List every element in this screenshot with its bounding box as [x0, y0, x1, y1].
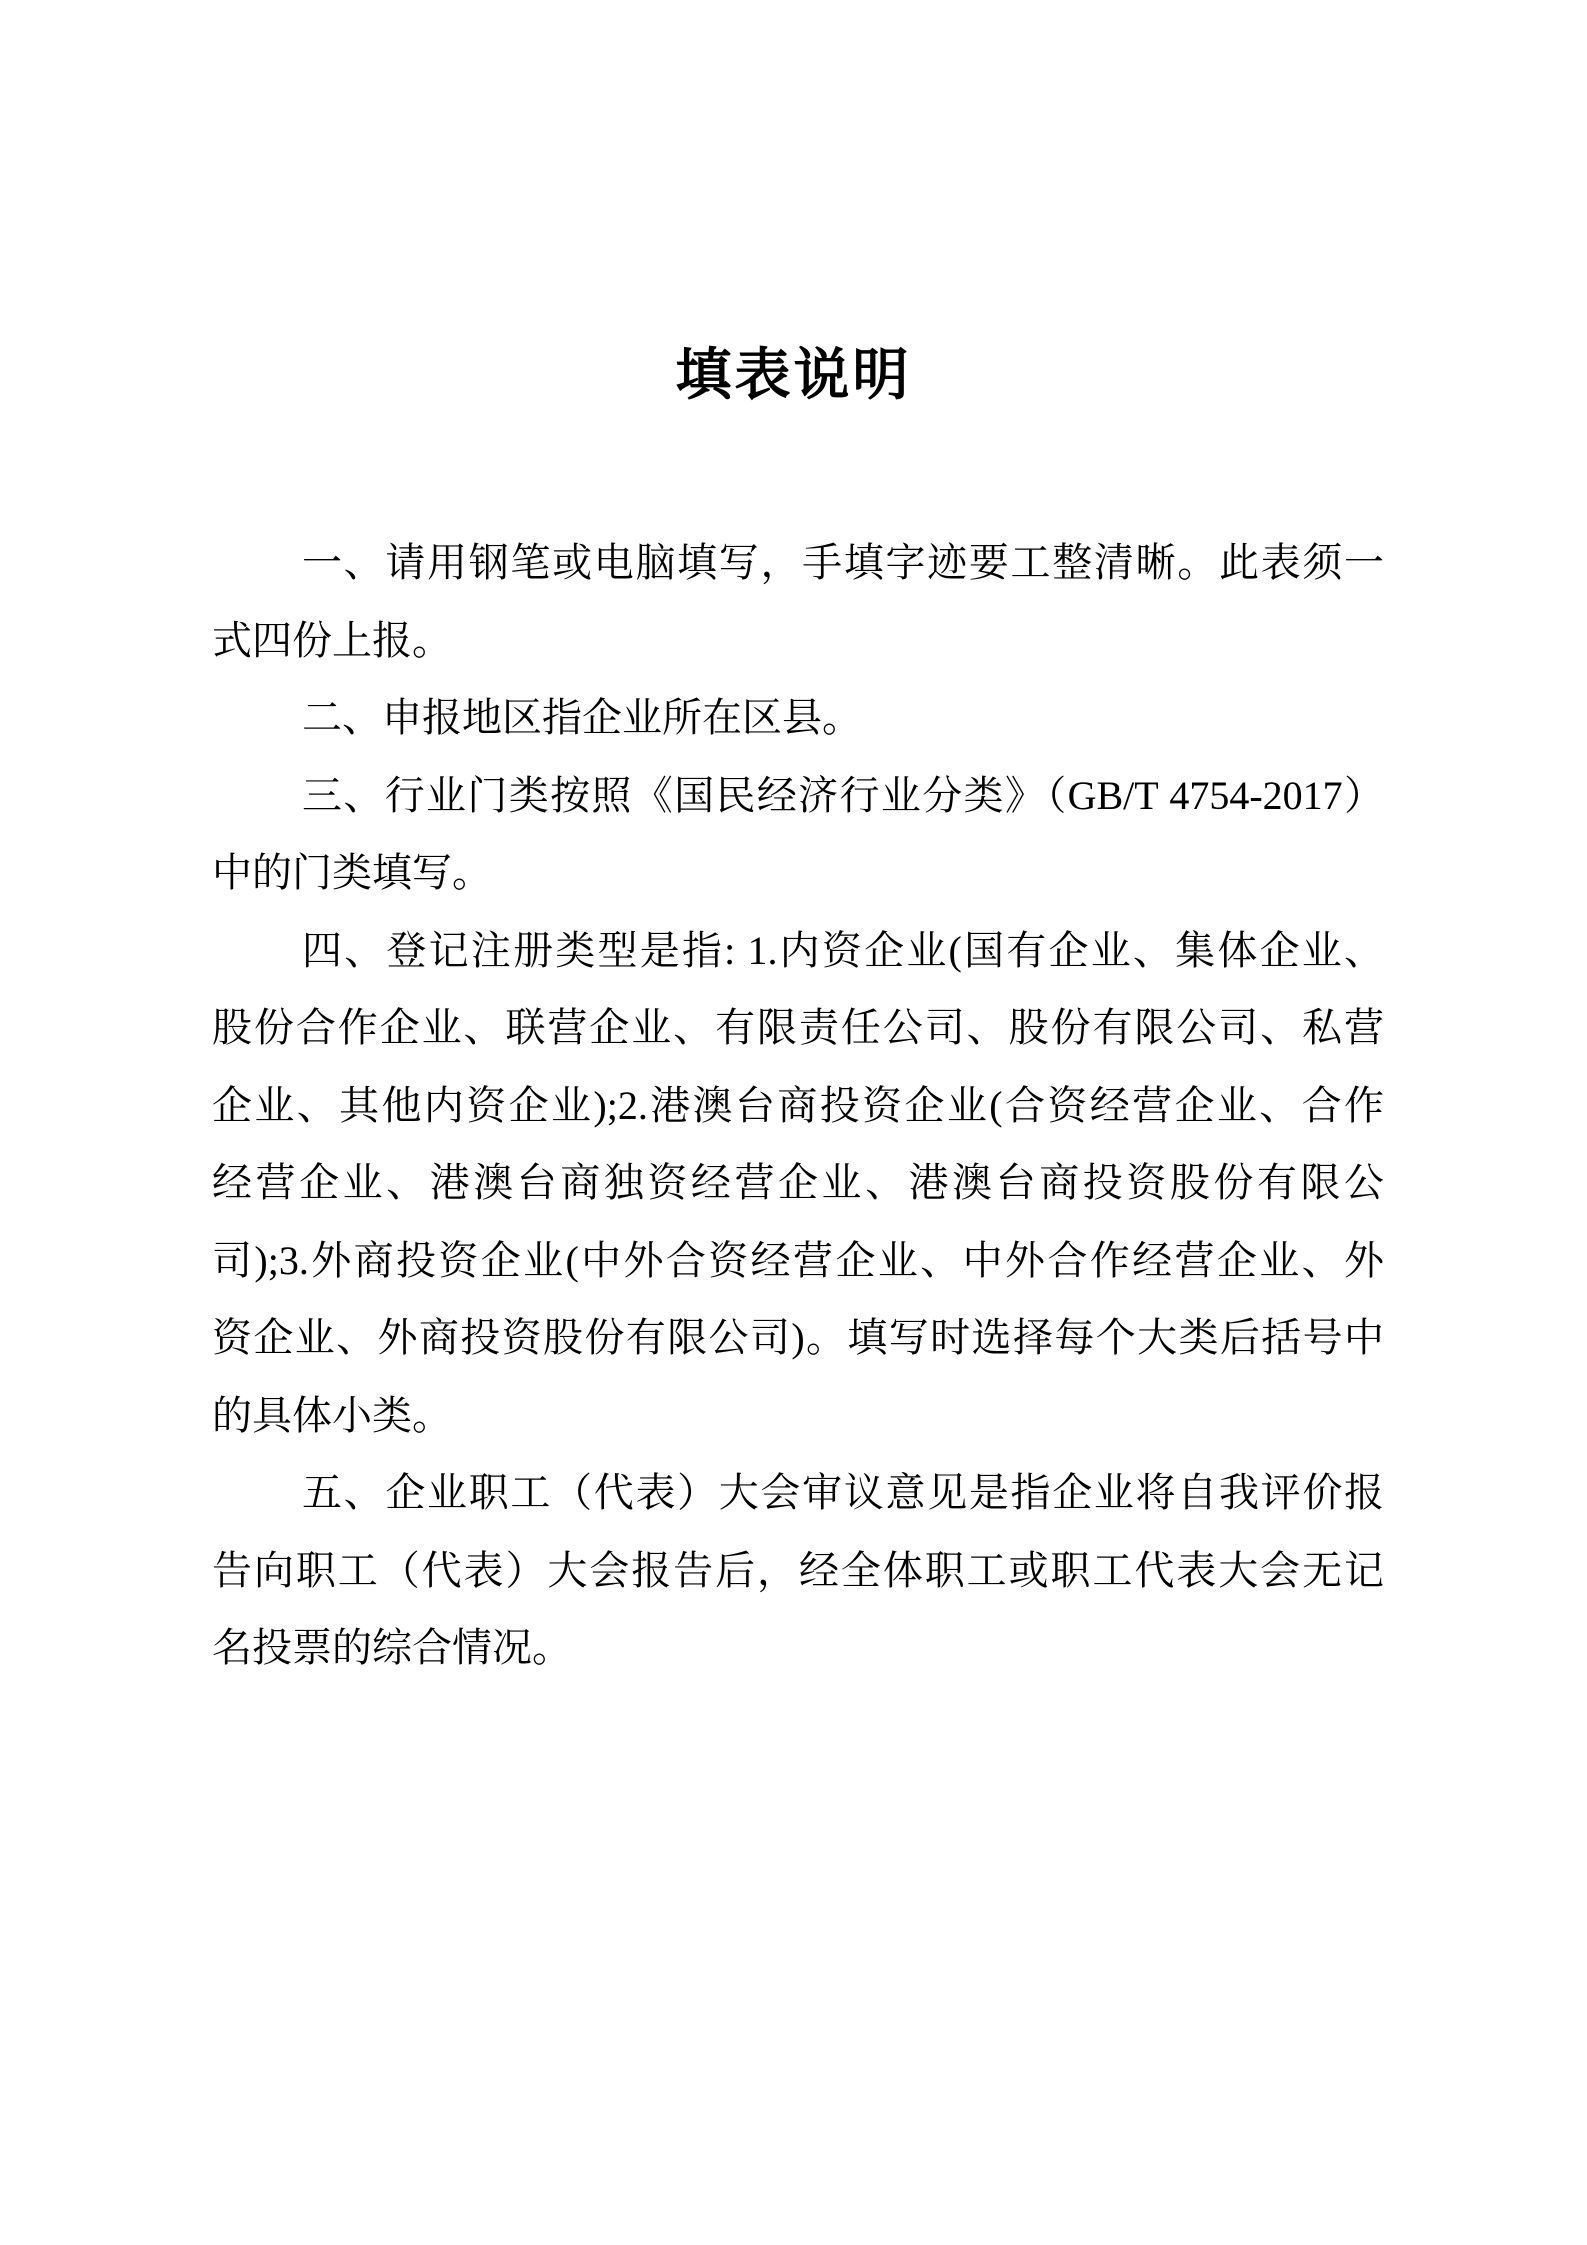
text-line: 经营企业、港澳台商独资经营企业、港澳台商投资股份有限公 [212, 1144, 1384, 1222]
text-line: 三、行业门类按照《国民经济行业分类》（GB/T 4754-2017） [212, 757, 1384, 835]
text-line: 股份合作企业、联营企业、有限责任公司、股份有限公司、私营 [212, 989, 1384, 1067]
text-line: 名投票的综合情况。 [212, 1609, 1384, 1687]
page-title: 填表说明 [0, 340, 1587, 412]
text-line: 二、申报地区指企业所在区县。 [212, 679, 1384, 757]
text-line: 五、企业职工（代表）大会审议意见是指企业将自我评价报 [212, 1454, 1384, 1532]
document-page: 填表说明 一、请用钢笔或电脑填写，手填字迹要工整清晰。此表须一 式四份上报。 二… [0, 0, 1587, 2245]
text-line: 司);3.外商投资企业(中外合资经营企业、中外合作经营企业、外 [212, 1222, 1384, 1300]
text-line: 式四份上报。 [212, 602, 1384, 680]
text-line: 的具体小类。 [212, 1377, 1384, 1455]
text-line: 告向职工（代表）大会报告后，经全体职工或职工代表大会无记 [212, 1532, 1384, 1610]
text-line: 资企业、外商投资股份有限公司)。填写时选择每个大类后括号中 [212, 1299, 1384, 1377]
text-line: 四、登记注册类型是指: 1.内资企业(国有企业、集体企业、 [212, 912, 1384, 990]
text-line: 中的门类填写。 [212, 834, 1384, 912]
text-line: 企业、其他内资企业);2.港澳台商投资企业(合资经营企业、合作 [212, 1067, 1384, 1145]
document-body: 一、请用钢笔或电脑填写，手填字迹要工整清晰。此表须一 式四份上报。 二、申报地区… [212, 524, 1384, 1687]
text-line: 一、请用钢笔或电脑填写，手填字迹要工整清晰。此表须一 [212, 524, 1384, 602]
